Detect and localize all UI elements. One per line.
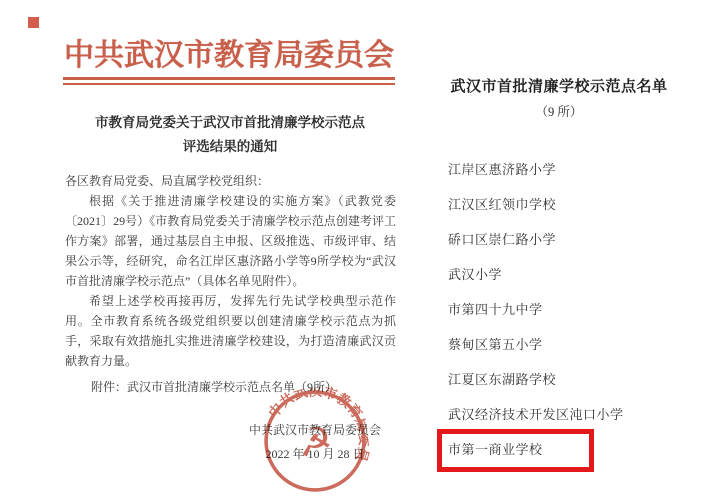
document-org-header: 中共武汉市教育局委员会 <box>63 40 395 72</box>
document-title: 市教育局党委关于武汉市首批清廉学校示范点 评选结果的通知 <box>45 111 415 159</box>
highlight-box <box>437 429 594 472</box>
hammer-sickle-icon: ☭ <box>295 419 335 466</box>
scanned-notice-page: 中共武汉市教育局委员会 市教育局党委关于武汉市首批清廉学校示范点 评选结果的通知… <box>0 0 704 496</box>
notice-document: 中共武汉市教育局委员会 市教育局党委关于武汉市首批清廉学校示范点 评选结果的通知… <box>0 0 420 496</box>
document-title-line2: 评选结果的通知 <box>45 135 415 159</box>
body-paragraph-1: 根据《关于推进清廉学校建设的实施方案》（武教党委〔2021〕29号）《市教育局党… <box>65 191 396 291</box>
school-item-2: 江汉区红领巾学校 <box>448 197 624 232</box>
school-item-3: 硚口区崇仁路小学 <box>448 232 624 267</box>
header-double-rule <box>63 77 395 85</box>
salutation-line: 各区教育局党委、局直属学校党组织： <box>65 171 396 191</box>
body-paragraph-2: 希望上述学校再接再厉，发挥先行先试学校典型示范作用。全市教育系统各级党组织要以创… <box>65 291 396 371</box>
school-item-6: 蔡甸区第五小学 <box>448 337 624 372</box>
document-body: 各区教育局党委、局直属学校党组织： 根据《关于推进清廉学校建设的实施方案》（武教… <box>65 171 396 371</box>
school-item-1: 江岸区惠济路小学 <box>448 162 624 197</box>
document-title-line1: 市教育局党委关于武汉市首批清廉学校示范点 <box>45 111 415 135</box>
school-item-5: 市第四十九中学 <box>448 302 624 337</box>
school-list-page: 武汉市首批清廉学校示范点名单 （9 所） 江岸区惠济路小学 江汉区红领巾学校 硚… <box>424 70 694 490</box>
official-seal-stamp: 中共武汉市教育局委员会 ☭ <box>255 381 375 496</box>
list-title: 武汉市首批清廉学校示范点名单 <box>424 70 694 96</box>
school-item-4: 武汉小学 <box>448 267 624 302</box>
school-item-7: 江夏区东湖路学校 <box>448 372 624 407</box>
list-subtitle: （9 所） <box>424 104 694 120</box>
